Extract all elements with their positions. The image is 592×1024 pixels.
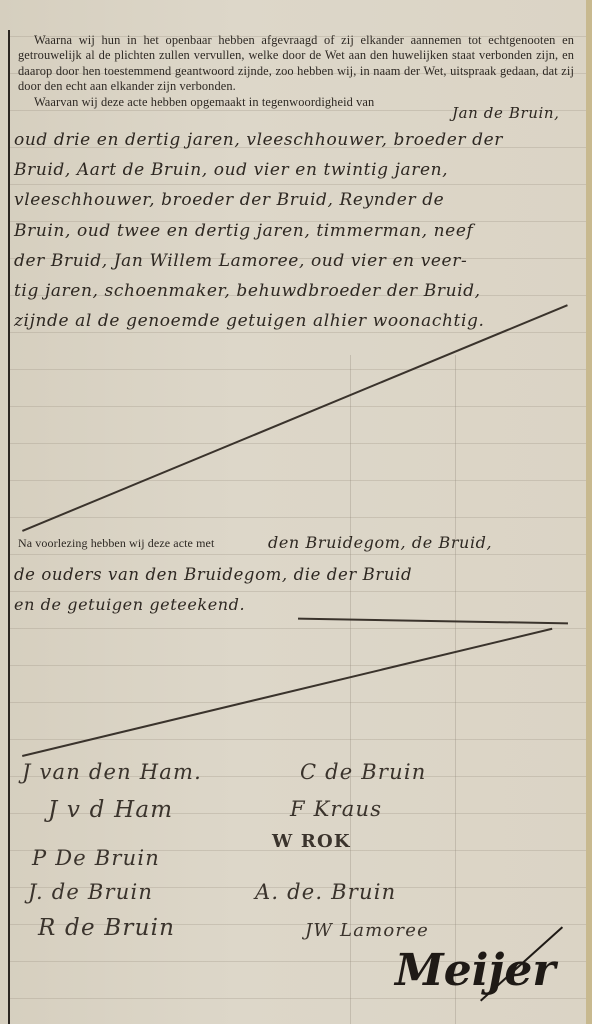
handwritten-witness-line: oud drie en dertig jaren, vleeschhouwer,… bbox=[14, 130, 503, 150]
handwritten-witness-line: Bruid, Aart de Bruin, oud vier en twinti… bbox=[14, 160, 448, 180]
faint-column-rule bbox=[455, 355, 456, 1024]
signature: R de Bruin bbox=[38, 915, 175, 941]
ruled-lines bbox=[10, 0, 592, 1024]
handwritten-witness-line: tig jaren, schoenmaker, behuwdbroeder de… bbox=[14, 281, 481, 301]
signature: W ROK bbox=[272, 831, 351, 852]
handwritten-witness-line: zijnde al de genoemde getuigen alhier wo… bbox=[14, 311, 484, 331]
document-page: Waarna wij hun in het openbaar hebben af… bbox=[0, 0, 592, 1024]
signature: J v d Ham bbox=[48, 797, 173, 823]
page-edge bbox=[586, 0, 592, 1024]
handwritten-signers-line: den Bruidegom, de Bruid, bbox=[268, 533, 492, 552]
handwritten-signers-line: en de getuigen geteekend. bbox=[14, 595, 245, 614]
signature: J. de Bruin bbox=[28, 880, 153, 904]
signature: A. de. Bruin bbox=[255, 880, 396, 904]
signature: J van den Ham. bbox=[22, 760, 202, 784]
handwritten-signers-line: de ouders van den Bruidegom, die der Bru… bbox=[14, 565, 412, 584]
handwritten-witness-line: vleeschhouwer, broeder der Bruid, Reynde… bbox=[14, 190, 444, 210]
signature: P De Bruin bbox=[32, 846, 160, 870]
handwritten-witness-line: Bruin, oud twee en dertig jaren, timmerm… bbox=[14, 221, 473, 241]
printed-paragraph-declaration: Waarna wij hun in het openbaar hebben af… bbox=[18, 33, 574, 110]
left-margin-rule bbox=[8, 30, 10, 1024]
signature: JW Lamoree bbox=[305, 920, 429, 941]
handwritten-witness-line: der Bruid, Jan Willem Lamoree, oud vier … bbox=[14, 251, 467, 271]
handwritten-witness-line: Jan de Bruin, bbox=[452, 104, 560, 122]
signature: F Kraus bbox=[290, 797, 382, 821]
signature: C de Bruin bbox=[300, 760, 427, 784]
